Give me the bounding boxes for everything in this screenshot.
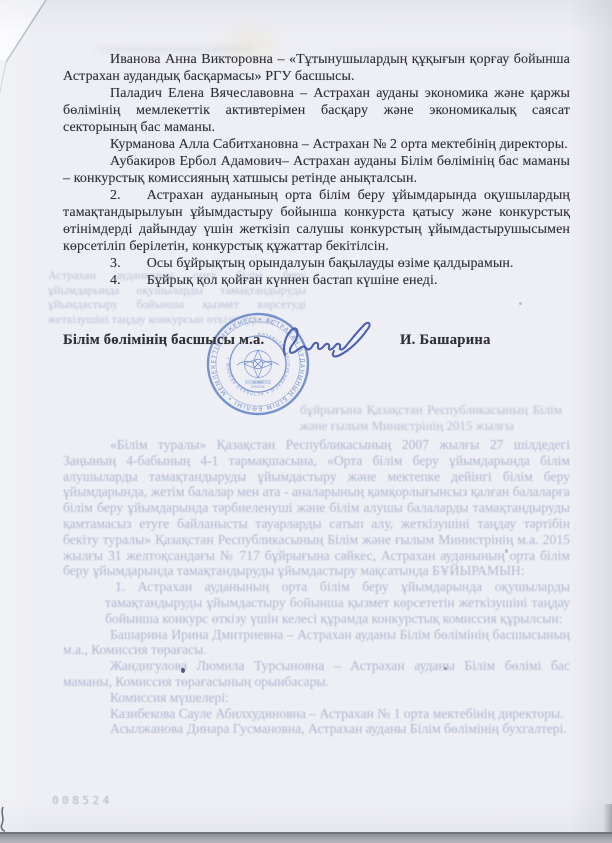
scanned-document-page: Астрахан ауданының орта білім беру ұйымд…: [0, 0, 612, 843]
ink-speck: [444, 667, 447, 670]
ink-speck: [505, 549, 508, 553]
order-item-4: 4.Бұйрық қол қойған күннен бастап күшіне…: [63, 272, 570, 289]
item-text: Бұйрық қол қойған күннен бастап күшіне е…: [147, 273, 438, 288]
bleedthrough-main-block: «Білім туралы» Қазақстан Республикасының…: [63, 437, 570, 737]
signatory-title: Білім бөлімінің басшысы м.а.: [63, 332, 264, 349]
member-paragraph: Иванова Анна Викторовна – «Тұтынушыларды…: [63, 51, 570, 85]
bleedthrough-member: Асылжанова Динара Гусмановна, Астрахан а…: [63, 721, 570, 737]
form-serial-number: 008524: [52, 794, 113, 807]
member-paragraph: Курманова Алла Сабитхановна – Астрахан №…: [63, 136, 570, 153]
bleedthrough-fragment-right: бұйрығына Қазақстан Республикасының Білі…: [300, 402, 562, 434]
ink-speck: [519, 302, 522, 305]
scanner-edge-band: [0, 832, 612, 843]
bleedthrough-member: Комиссия мүшелері:: [63, 690, 570, 706]
handwritten-signature-icon: [277, 317, 377, 369]
bleedthrough-member: Казибекова Сауле Абилхудиновна – Астраха…: [63, 706, 570, 722]
scanner-edge-right: [603, 804, 612, 834]
bleedthrough-text: бұйрығына Қазақстан Республикасының Білі…: [300, 402, 562, 433]
bleedthrough-member: Башарина Ирина Дмитриевна – Астрахан ауд…: [63, 627, 570, 659]
bleedthrough-preamble: «Білім туралы» Қазақстан Республикасының…: [63, 437, 570, 579]
signatory-name: И. Башарина: [400, 332, 491, 349]
stamp-banner-line2: БӨЛІМІ: [251, 385, 264, 389]
bleedthrough-item-1: 1. Астрахан ауданының орта білім беру ұй…: [105, 579, 570, 626]
bleedthrough-member: Жандигулова Люмила Турсыновна – Астрахан…: [63, 658, 570, 690]
item-number: 4.: [110, 273, 121, 288]
order-body: Иванова Анна Викторовна – «Тұтынушыларды…: [63, 51, 570, 289]
ink-speck: [181, 668, 185, 673]
stamp-banner-line1: БІЛІМ: [253, 380, 263, 384]
order-item-3: 3.Осы бұйрықтың орындалуын бақылауды өзі…: [63, 255, 570, 272]
member-paragraph: Аубакиров Ербол Адамович– Астрахан аудан…: [63, 153, 570, 187]
member-paragraph: Паладич Елена Вячеславовна – Астрахан ау…: [63, 85, 570, 136]
stamp-emblem-icon: [237, 350, 279, 382]
item-number: 2.: [110, 188, 121, 203]
item-text: Осы бұйрықтың орындалуын бақылауды өзіме…: [147, 256, 514, 271]
item-text: Астрахан ауданының орта білім беру ұйымд…: [63, 188, 570, 254]
edge-pen-mark: [0, 806, 9, 832]
order-item-2: 2.Астрахан ауданының орта білім беру ұйы…: [63, 187, 570, 255]
folded-corner: [0, 0, 70, 140]
item-number: 3.: [110, 256, 121, 271]
